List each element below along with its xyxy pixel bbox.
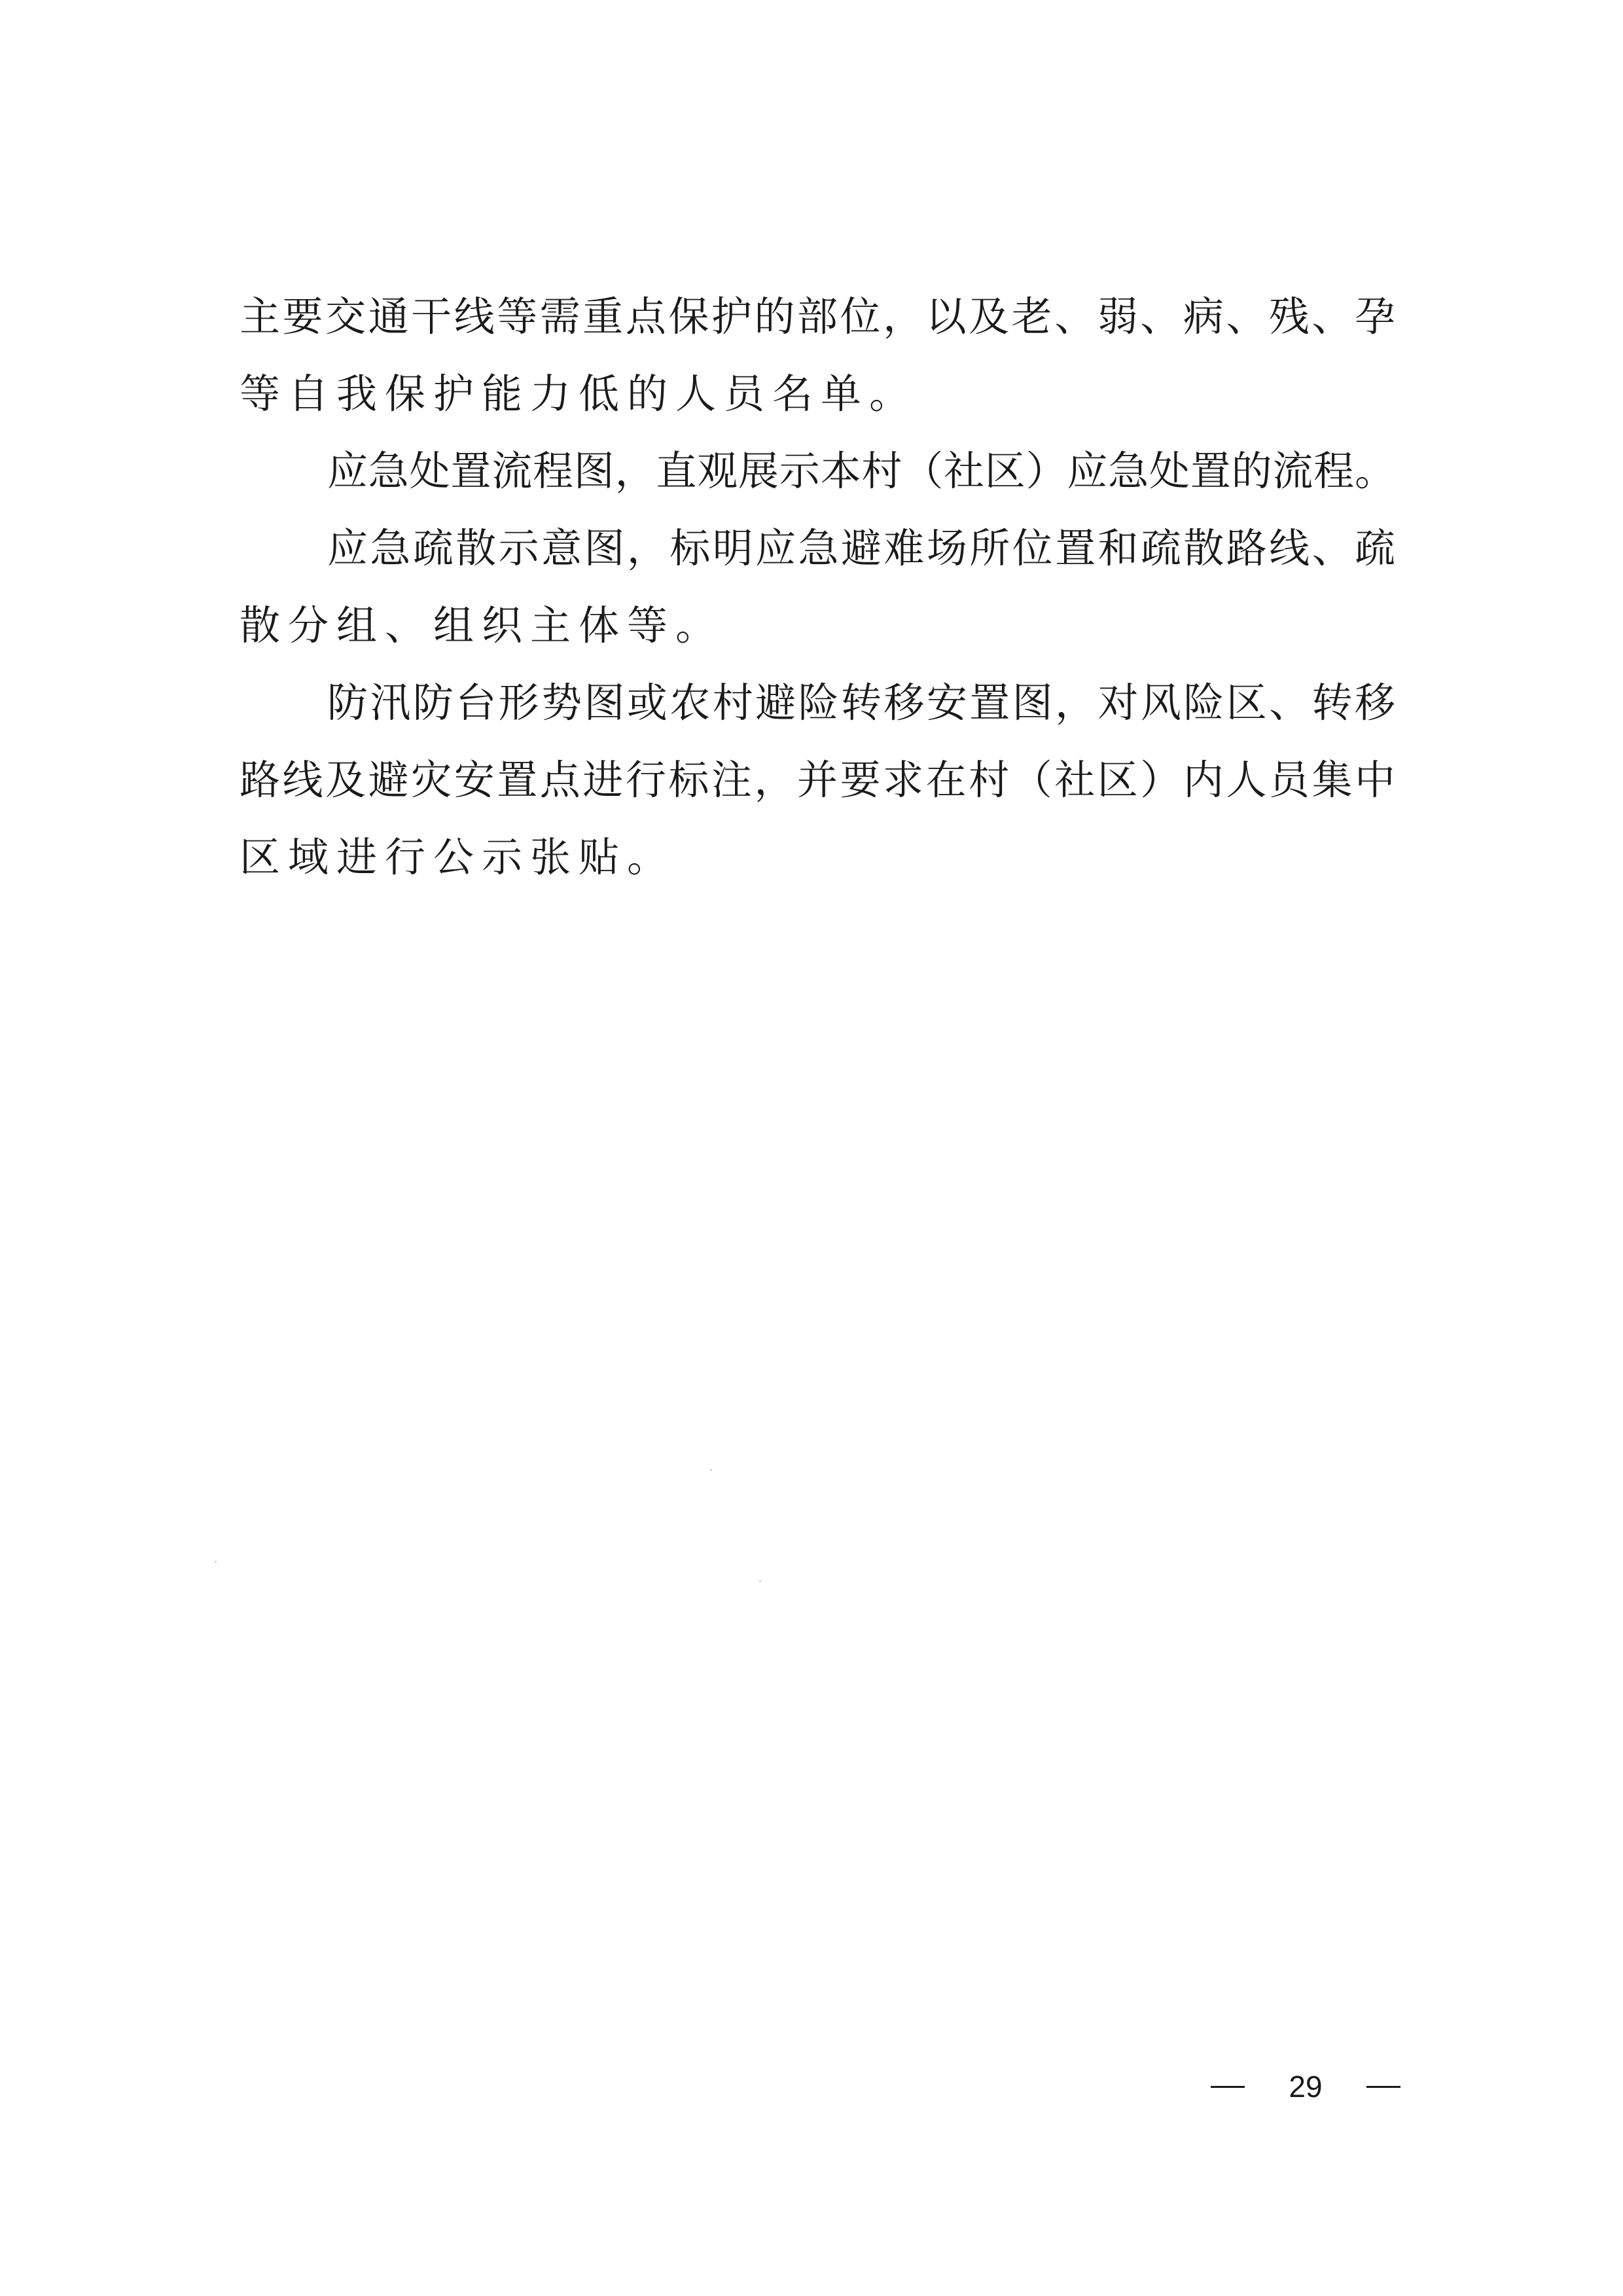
text-line: 应急处置流程图，直观展示本村（社区）应急处置的流程。 (240, 433, 1395, 510)
text-line: 等自我保护能力低的人员名单。 (240, 355, 1395, 433)
right-dash (1366, 2086, 1400, 2088)
page-number-footer: 29 (1211, 2067, 1400, 2106)
paragraph-evacuation-map: 应急疏散示意图，标明应急避难场所位置和疏散路线、疏 散分组、组织主体等。 (240, 510, 1395, 664)
document-body: 主要交通干线等需重点保护的部位，以及老、弱、病、残、孕 等自我保护能力低的人员名… (240, 278, 1395, 896)
paragraph-flood-typhoon-map: 防汛防台形势图或农村避险转移安置图，对风险区、转移 路线及避灾安置点进行标注，并… (240, 664, 1395, 896)
text-line: 路线及避灾安置点进行标注，并要求在村（社区）内人员集中 (240, 742, 1395, 819)
scan-speck (215, 1561, 217, 1562)
text-line: 主要交通干线等需重点保护的部位，以及老、弱、病、残、孕 (240, 278, 1395, 355)
text-line: 散分组、组织主体等。 (240, 587, 1395, 664)
text-line: 防汛防台形势图或农村避险转移安置图，对风险区、转移 (240, 664, 1395, 742)
page-number: 29 (1289, 2069, 1322, 2104)
text-line: 区域进行公示张贴。 (240, 819, 1395, 896)
text-line: 应急疏散示意图，标明应急避难场所位置和疏散路线、疏 (240, 510, 1395, 587)
left-dash (1211, 2086, 1245, 2088)
paragraph-protected-sites: 主要交通干线等需重点保护的部位，以及老、弱、病、残、孕 等自我保护能力低的人员名… (240, 278, 1395, 433)
scan-speck (710, 1469, 712, 1471)
scan-speck (759, 1581, 761, 1582)
paragraph-emergency-flowchart: 应急处置流程图，直观展示本村（社区）应急处置的流程。 (240, 433, 1395, 510)
